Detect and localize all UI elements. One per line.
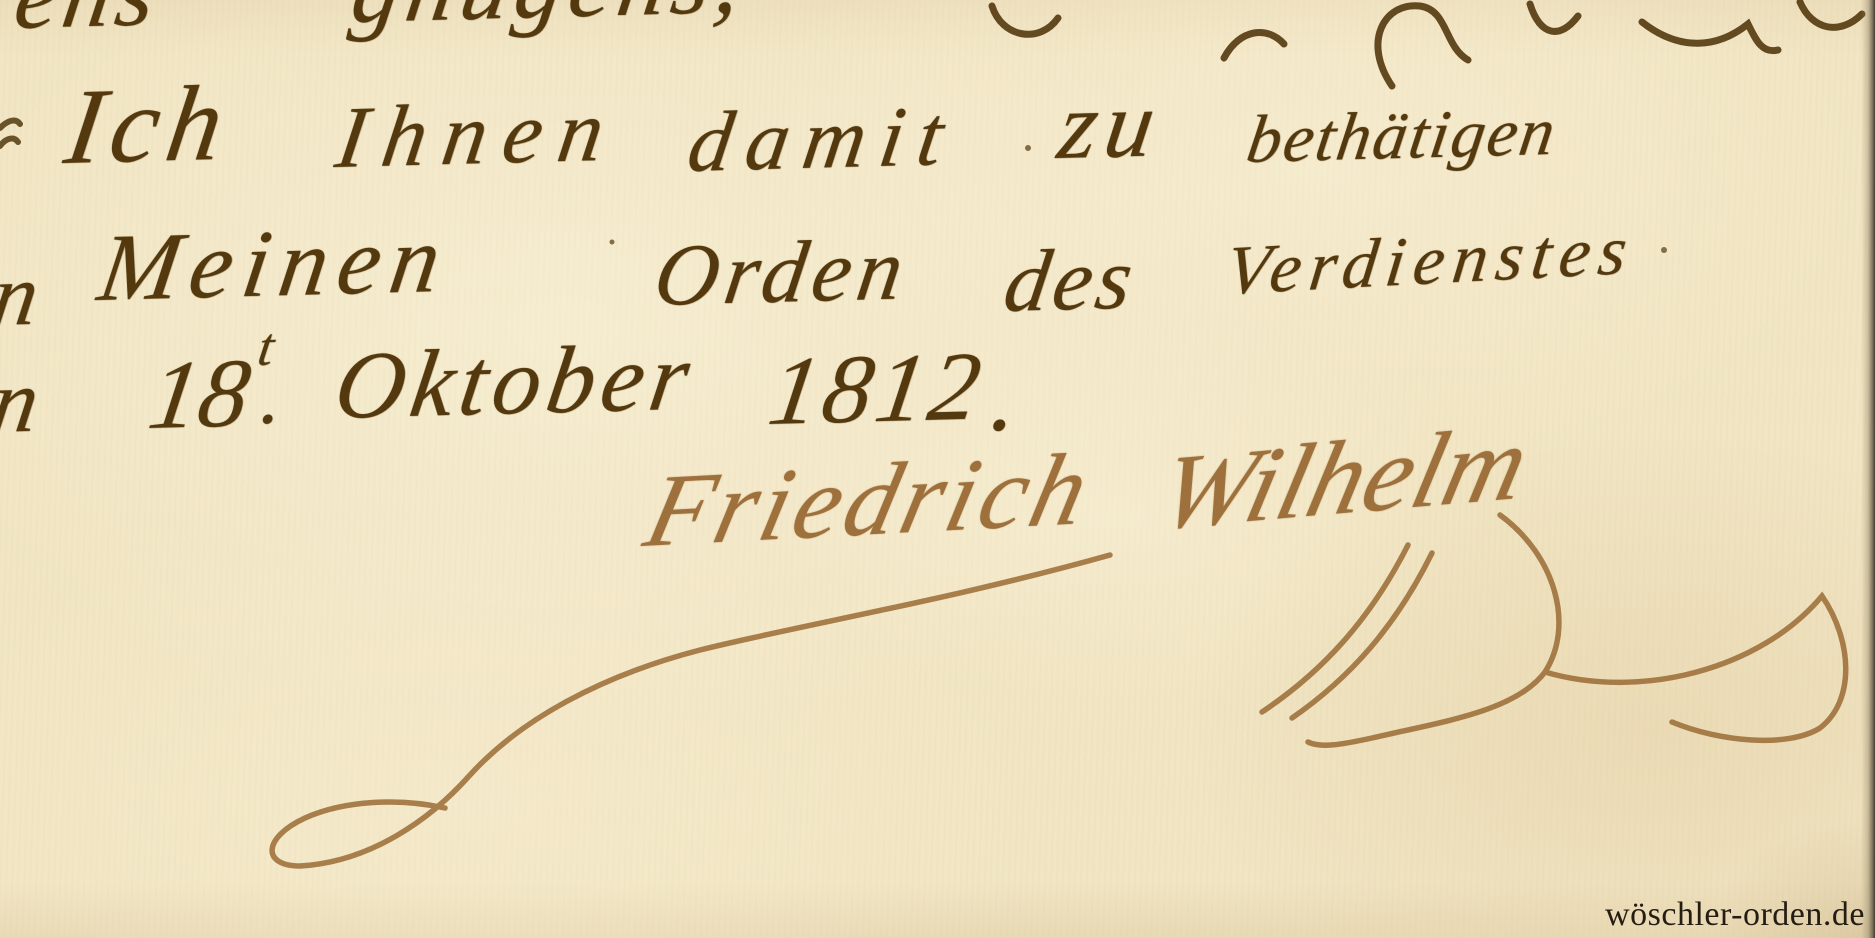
line1-fragment-left: ens <box>8 0 168 51</box>
page-edge-shadow <box>1861 0 1875 938</box>
cropped-stroke <box>1642 22 1778 51</box>
word-bethaetigen: bethätigen <box>1242 92 1562 179</box>
signature-underline-flourish <box>272 555 1110 866</box>
line1-fragment-mid: gnügens, <box>345 0 755 45</box>
cropped-stroke <box>1224 32 1284 58</box>
cropped-stroke <box>0 139 18 146</box>
cropped-stroke <box>1378 6 1468 86</box>
document-scan: { "meta": { "kind": "scanned handwritten… <box>0 0 1875 938</box>
cropped-stroke <box>0 121 20 128</box>
ink-speck <box>610 240 615 245</box>
word-meinen: Meinen <box>92 203 458 323</box>
word-ich: Ich <box>58 62 239 190</box>
signature-cross-stroke <box>1292 553 1432 718</box>
signature-cross-stroke <box>1262 545 1408 712</box>
date-year: 1812 <box>762 330 992 448</box>
left-edge-remnant-strokes <box>0 121 20 146</box>
signature-right-loop <box>1308 515 1559 745</box>
cropped-stroke <box>1530 4 1578 31</box>
word-orden: Orden <box>648 219 916 327</box>
ink-speck <box>1661 247 1667 253</box>
cropped-stroke <box>1800 2 1862 27</box>
signature-last-name: Wilhelm <box>1148 402 1540 556</box>
signature-first-name: Friedrich <box>635 429 1103 571</box>
word-des: des <box>998 229 1143 333</box>
line3-fragment-left: n <box>0 245 45 347</box>
word-zu: zu <box>1052 67 1170 181</box>
word-damit: damit <box>682 85 964 192</box>
watermark-text: wöschler-orden.de <box>1605 896 1865 934</box>
cropped-stroke <box>992 6 1058 34</box>
word-verdienstes: Verdienstes <box>1222 211 1639 312</box>
ink-speck <box>1025 145 1031 151</box>
date-day: 18 <box>142 337 257 452</box>
word-ihnen: Ihnen <box>330 81 627 189</box>
signature-flourish <box>272 515 1846 866</box>
line4-fragment-left: en <box>0 350 46 455</box>
signature-right-sweep <box>1545 596 1846 740</box>
date-month: Oktober <box>328 321 703 441</box>
